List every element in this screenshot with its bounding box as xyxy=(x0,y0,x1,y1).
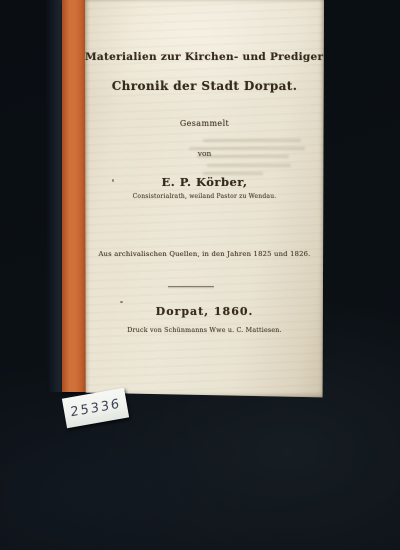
imprint-printer: Druck von Schünmanns Wwe u. C. Mattiesen… xyxy=(85,327,324,334)
by-label: von xyxy=(85,149,324,158)
book-cover-orange-strip xyxy=(62,0,86,392)
imprint-place-year: Dorpat, 1860. xyxy=(85,305,324,318)
inventory-number: 25336 xyxy=(70,396,122,420)
book-title-line1: Materialien zur Kirchen- und Prediger- xyxy=(85,51,324,63)
book-title-line2: Chronik der Stadt Dorpat. xyxy=(85,79,324,93)
show-through-texture xyxy=(207,164,291,167)
author-name: E. P. Körber, xyxy=(85,175,324,189)
ink-speck xyxy=(120,301,123,303)
photo-stage: Materialien zur Kirchen- und Prediger- C… xyxy=(0,0,400,550)
book-spine-shadow xyxy=(46,0,63,392)
show-through-texture xyxy=(203,139,301,142)
source-note: Aus archivalischen Quellen, in den Jahre… xyxy=(85,250,324,258)
book-title-page: Materialien zur Kirchen- und Prediger- C… xyxy=(85,0,324,399)
collected-label: Gesammelt xyxy=(85,119,324,128)
section-divider-rule xyxy=(168,286,214,287)
inventory-label: 25336 xyxy=(62,388,129,428)
author-subtitle: Consistorialrath, weiland Pastor zu Wend… xyxy=(85,193,324,200)
